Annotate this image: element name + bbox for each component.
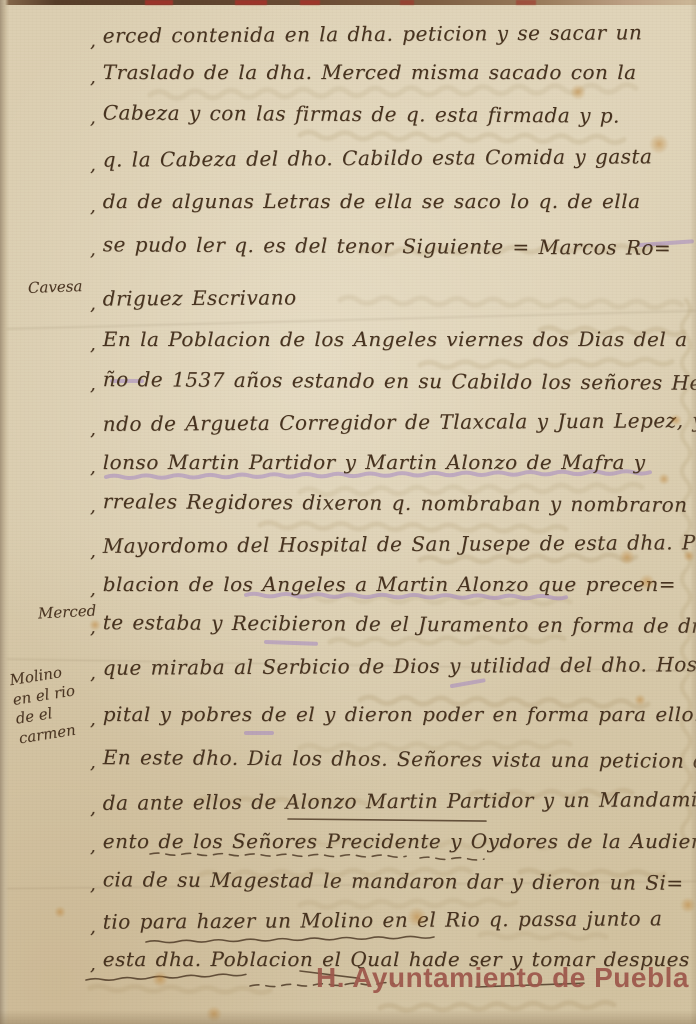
manuscript-line: ,ndo de Argueta Corregidor de Tlaxcala y… bbox=[90, 408, 696, 436]
line-start-mark: , bbox=[90, 798, 96, 819]
manuscript-line: ,q. la Cabeza del dho. Cabildo esta Comi… bbox=[90, 144, 653, 171]
foxing-spot bbox=[634, 694, 646, 706]
line-text: En la Poblacion de los Angeles viernes d… bbox=[103, 327, 688, 351]
line-text: erced contenida en la dha. peticion y se… bbox=[103, 20, 643, 47]
line-text: En este dho. Dia los dhos. Señores vista… bbox=[103, 745, 696, 773]
manuscript-line: ,da de algunas Letras de ella se saco lo… bbox=[90, 189, 641, 213]
manuscript-line: ,te estaba y Recibieron de el Juramento … bbox=[90, 610, 696, 638]
line-start-mark: , bbox=[90, 334, 96, 355]
line-text: lonso Martin Partidor y Martin Alonzo de… bbox=[103, 450, 646, 474]
margin-note: Molino en el rio de el carmen bbox=[8, 662, 82, 749]
line-start-mark: , bbox=[90, 457, 96, 478]
line-start-mark: , bbox=[90, 107, 96, 128]
manuscript-line: ,que miraba al Serbicio de Dios y utilid… bbox=[90, 652, 696, 680]
line-text: blacion de los Angeles a Martin Alonzo q… bbox=[103, 572, 676, 596]
line-start-mark: , bbox=[90, 579, 96, 600]
foxing-spot bbox=[570, 84, 586, 100]
line-text: te estaba y Recibieron de el Juramento e… bbox=[103, 610, 696, 638]
line-text: cia de su Magestad le mandaron dar y die… bbox=[103, 867, 684, 895]
line-text: Cabeza y con las firmas de q. esta firma… bbox=[103, 100, 620, 127]
line-start-mark: , bbox=[90, 419, 96, 440]
line-text: ño de 1537 años estando en su Cabildo lo… bbox=[103, 367, 696, 395]
foxing-spot bbox=[89, 619, 101, 631]
manuscript-line: ,erced contenida en la dha. peticion y s… bbox=[90, 20, 642, 47]
line-start-mark: , bbox=[90, 663, 96, 684]
line-text: tio para hazer un Molino en el Rio q. pa… bbox=[103, 906, 663, 933]
ink-underline bbox=[146, 936, 434, 943]
foxing-spot bbox=[619, 549, 635, 565]
manuscript-line: ,lonso Martin Partidor y Martin Alonzo d… bbox=[90, 450, 646, 474]
ink-underline bbox=[150, 853, 406, 857]
ink-underline bbox=[288, 819, 486, 821]
foxing-spot bbox=[649, 134, 669, 154]
line-text: driguez Escrivano bbox=[103, 285, 297, 310]
foxing-spot bbox=[639, 574, 655, 590]
manuscript-line: ,da ante ellos de Alonzo Martin Partidor… bbox=[90, 787, 696, 815]
manuscript-line: ,En la Poblacion de los Angeles viernes … bbox=[90, 327, 688, 351]
page-bottom-edge bbox=[0, 1010, 696, 1024]
foxing-spot bbox=[54, 906, 66, 918]
margin-note: Cavesa bbox=[28, 277, 83, 298]
line-start-mark: , bbox=[90, 709, 96, 730]
line-start-mark: , bbox=[90, 752, 96, 773]
line-text: que miraba al Serbicio de Dios y utilida… bbox=[103, 652, 696, 680]
foxing-spot bbox=[407, 907, 427, 927]
line-start-mark: , bbox=[90, 541, 96, 562]
line-start-mark: , bbox=[90, 954, 96, 975]
manuscript-line: ,rreales Regidores dixeron q. nombraban … bbox=[90, 489, 696, 517]
manuscript-line: ,cia de su Magestad le mandaron dar y di… bbox=[90, 867, 684, 895]
line-start-mark: , bbox=[90, 239, 96, 260]
line-text: da de algunas Letras de ella se saco lo … bbox=[103, 189, 641, 213]
line-start-mark: , bbox=[90, 67, 96, 88]
line-start-mark: , bbox=[90, 496, 96, 517]
foxing-spot bbox=[152, 971, 168, 987]
ink-underline bbox=[420, 857, 484, 860]
purple-pencil-underline bbox=[452, 680, 484, 686]
purple-pencil-underline bbox=[266, 642, 316, 644]
line-text: q. la Cabeza del dho. Cabildo esta Comid… bbox=[103, 144, 653, 171]
foxing-spot bbox=[670, 414, 682, 426]
page-left-edge bbox=[0, 0, 9, 1024]
manuscript-line: ,ño de 1537 años estando en su Cabildo l… bbox=[90, 367, 696, 395]
line-start-mark: , bbox=[90, 294, 96, 315]
line-text: Mayordomo del Hospital de San Jusepe de … bbox=[103, 530, 696, 558]
manuscript-line: ,driguez Escrivano bbox=[90, 285, 297, 310]
margin-note: Merced bbox=[38, 601, 97, 624]
manuscript-page: ,erced contenida en la dha. peticion y s… bbox=[0, 0, 696, 1024]
manuscript-line: ,ento de los Señores Precidente y Oydore… bbox=[90, 829, 696, 853]
foxing-spot bbox=[658, 473, 670, 485]
line-text: ndo de Argueta Corregidor de Tlaxcala y … bbox=[103, 408, 696, 436]
manuscript-line: ,pital y pobres de el y dieron poder en … bbox=[90, 702, 696, 726]
line-start-mark: , bbox=[90, 874, 96, 895]
manuscript-line: ,Traslado de la dha. Merced misma sacado… bbox=[90, 60, 637, 84]
line-start-mark: , bbox=[90, 836, 96, 857]
manuscript-line: ,Mayordomo del Hospital de San Jusepe de… bbox=[90, 530, 696, 558]
line-text: ento de los Señores Precidente y Oydores… bbox=[103, 829, 696, 853]
line-start-mark: , bbox=[90, 196, 96, 217]
line-start-mark: , bbox=[90, 31, 96, 52]
manuscript-line: ,Cabeza y con las firmas de q. esta firm… bbox=[90, 100, 620, 127]
manuscript-line: ,tio para hazer un Molino en el Rio q. p… bbox=[90, 906, 662, 933]
line-text: se pudo ler q. es del tenor Siguiente = … bbox=[103, 232, 672, 259]
manuscript-line: ,se pudo ler q. es del tenor Siguiente =… bbox=[90, 232, 671, 260]
manuscript-line: ,blacion de los Angeles a Martin Alonzo … bbox=[90, 572, 676, 596]
page-right-edge bbox=[690, 0, 696, 1024]
line-text: Traslado de la dha. Merced misma sacado … bbox=[103, 60, 637, 84]
line-start-mark: , bbox=[90, 374, 96, 395]
archive-watermark: H. Ayuntamiento de Puebla bbox=[316, 962, 689, 994]
line-text: pital y pobres de el y dieron poder en f… bbox=[103, 702, 696, 726]
line-start-mark: , bbox=[90, 155, 96, 176]
line-text: rreales Regidores dixeron q. nombraban y… bbox=[103, 489, 696, 517]
line-text: da ante ellos de Alonzo Martin Partidor … bbox=[103, 787, 696, 815]
manuscript-line: ,En este dho. Dia los dhos. Señores vist… bbox=[90, 745, 696, 773]
line-start-mark: , bbox=[90, 917, 96, 938]
